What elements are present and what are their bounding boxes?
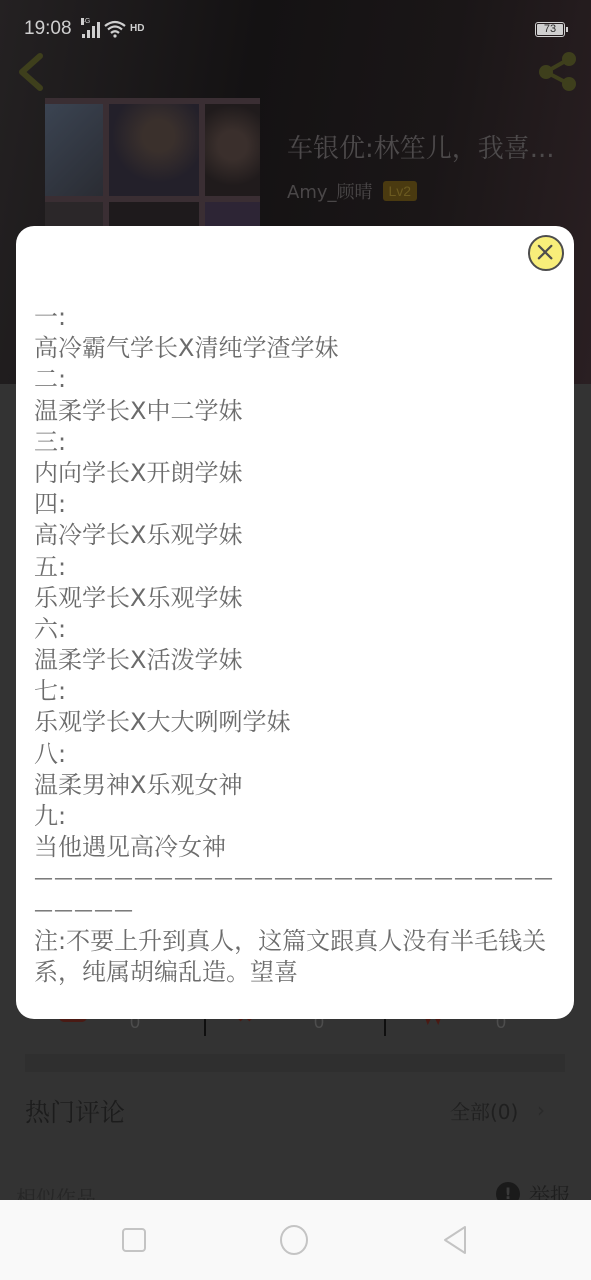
chapter-label: 三: [34, 427, 564, 458]
work-title: 车银优:林笙儿，我喜... [287, 128, 555, 165]
chapter-label: 一: [34, 302, 564, 333]
chapter-title: 温柔学长X中二学妹 [34, 396, 564, 427]
status-time: 19:08 [24, 18, 72, 40]
recent-apps-button[interactable] [118, 1224, 150, 1256]
chapter-label: 五: [34, 552, 564, 583]
system-navigation-bar [0, 1200, 591, 1280]
chapter-title: 温柔男神X乐观女神 [34, 770, 564, 801]
hot-comments-title: 热门评论 [25, 1093, 125, 1129]
section-divider [25, 1054, 565, 1072]
chapter-label: 八: [34, 739, 564, 770]
home-button[interactable] [278, 1224, 310, 1256]
chapter-label: 九: [34, 801, 564, 832]
work-cover-image[interactable] [45, 98, 260, 238]
chapter-title: 内向学长X开朗学妹 [34, 458, 564, 489]
chapter-label: 六: [34, 614, 564, 645]
screen: 19:08 4G HD 73 [0, 0, 591, 1280]
hd-voice-icon: HD [130, 20, 144, 38]
share-button[interactable] [536, 50, 580, 94]
chapter-title: 温柔学长X活泼学妹 [34, 645, 564, 676]
description-modal: 一: 高冷霸气学长X清纯学渣学妹 二: 温柔学长X中二学妹 三: 内向学长X开朗… [16, 226, 574, 1019]
cellular-signal-icon: 4G [82, 22, 100, 38]
chapter-title: 乐观学长X乐观学妹 [34, 583, 564, 614]
separator-dashes: ————— [34, 895, 564, 926]
status-icons: 4G HD [82, 20, 144, 38]
chapter-title: 乐观学长X大大咧咧学妹 [34, 707, 564, 738]
modal-text-content: 一: 高冷霸气学长X清纯学渣学妹 二: 温柔学长X中二学妹 三: 内向学长X开朗… [34, 302, 564, 988]
status-bar: 19:08 4G HD 73 [0, 0, 591, 44]
chapter-title: 当他遇见高冷女神 [34, 832, 564, 863]
disclaimer-note: 注:不要上升到真人，这篇文跟真人没有半毛钱关系，纯属胡编乱造。望喜 [34, 926, 564, 988]
level-badge: Lv2 [383, 181, 418, 201]
back-button[interactable] [14, 52, 50, 92]
separator-dashes: —————————————————————————— [34, 863, 564, 894]
author-row: Amy_顾晴 Lv2 [287, 178, 417, 204]
author-name[interactable]: Amy_顾晴 [287, 178, 373, 204]
wifi-icon [104, 20, 126, 38]
battery-icon: 73 [535, 22, 565, 37]
chapter-title: 高冷霸气学长X清纯学渣学妹 [34, 333, 564, 364]
chapter-title: 高冷学长X乐观学妹 [34, 520, 564, 551]
stat-divider [384, 1018, 386, 1036]
close-button[interactable] [528, 235, 564, 271]
chapter-label: 七: [34, 676, 564, 707]
chapter-label: 二: [34, 364, 564, 395]
all-comments-link[interactable]: 全部(0) [450, 1096, 518, 1125]
back-nav-button[interactable] [440, 1224, 472, 1256]
stat-divider [204, 1018, 206, 1036]
chevron-right-icon[interactable]: › [537, 1098, 545, 1122]
chapter-label: 四: [34, 489, 564, 520]
